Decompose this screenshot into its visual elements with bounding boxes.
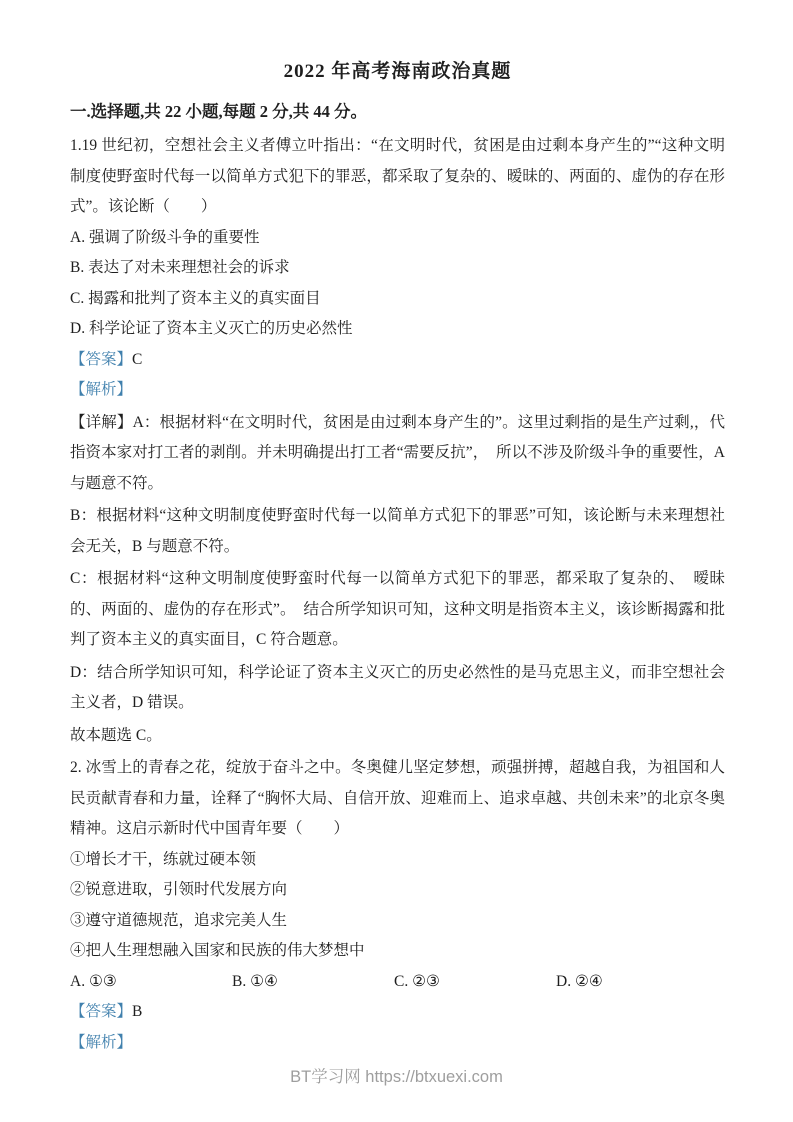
q1-detail-c: C：根据材料“这种文明制度使野蛮时代每一以简单方式犯下的罪恶，都采取了复杂的、 … xyxy=(70,564,725,656)
q2-item-3: ③遵守道德规范，追求完美人生 xyxy=(70,906,725,937)
analysis-label: 【解析】 xyxy=(70,1034,132,1051)
q1-detail-a: 【详解】A：根据材料“在文明时代，贫困是由过剩本身产生的”。这里过剩指的是生产过… xyxy=(70,408,725,500)
q2-item-2: ②锐意进取，引领时代发展方向 xyxy=(70,875,725,906)
q1-option-b: B. 表达了对未来理想社会的诉求 xyxy=(70,253,725,284)
q2-option-d: D. ②④ xyxy=(556,967,603,998)
q2-item-4: ④把人生理想融入国家和民族的伟大梦想中 xyxy=(70,936,725,967)
q2-option-c: C. ②③ xyxy=(394,967,556,998)
q1-option-a: A. 强调了阶级斗争的重要性 xyxy=(70,223,725,254)
q1-option-d: D. 科学论证了资本主义灭亡的历史必然性 xyxy=(70,314,725,345)
q1-stem: 1.19 世纪初，空想社会主义者傅立叶指出：“在文明时代，贫困是由过剩本身产生的… xyxy=(70,131,725,223)
q1-answer-line: 【答案】C xyxy=(70,345,725,376)
page-title: 2022 年高考海南政治真题 xyxy=(70,56,725,88)
q2-options-row: A. ①③ B. ①④ C. ②③ D. ②④ xyxy=(70,967,725,998)
q1-detail-conclusion: 故本题选 C。 xyxy=(70,721,725,752)
q1-answer-value: C xyxy=(132,351,142,368)
document-page: 2022 年高考海南政治真题 一.选择题,共 22 小题,每题 2 分,共 44… xyxy=(0,0,793,1122)
q2-stem: 2. 冰雪上的青春之花，绽放于奋斗之中。冬奥健儿坚定梦想，顽强拼搏，超越自我，为… xyxy=(70,753,725,845)
analysis-label: 【解析】 xyxy=(70,381,132,398)
q1-analysis-line: 【解析】 xyxy=(70,375,725,406)
q2-answer-line: 【答案】B xyxy=(70,997,725,1028)
section-header: 一.选择题,共 22 小题,每题 2 分,共 44 分。 xyxy=(70,96,725,127)
q1-option-c: C. 揭露和批判了资本主义的真实面目 xyxy=(70,284,725,315)
q2-item-1: ①增长才干，练就过硬本领 xyxy=(70,845,725,876)
answer-label: 【答案】 xyxy=(70,351,132,368)
q1-detail-d: D：结合所学知识可知，科学论证了资本主义灭亡的历史必然性的是马克思主义，而非空想… xyxy=(70,658,725,719)
q1-detail-b: B：根据材料“这种文明制度使野蛮时代每一以简单方式犯下的罪恶”可知，该论断与未来… xyxy=(70,501,725,562)
q2-analysis-line: 【解析】 xyxy=(70,1028,725,1059)
q2-option-b: B. ①④ xyxy=(232,967,394,998)
q2-option-a: A. ①③ xyxy=(70,967,232,998)
q2-answer-value: B xyxy=(132,1003,142,1020)
footer-watermark: BT学习网 https://btxuexi.com xyxy=(0,1066,793,1088)
answer-label: 【答案】 xyxy=(70,1003,132,1020)
